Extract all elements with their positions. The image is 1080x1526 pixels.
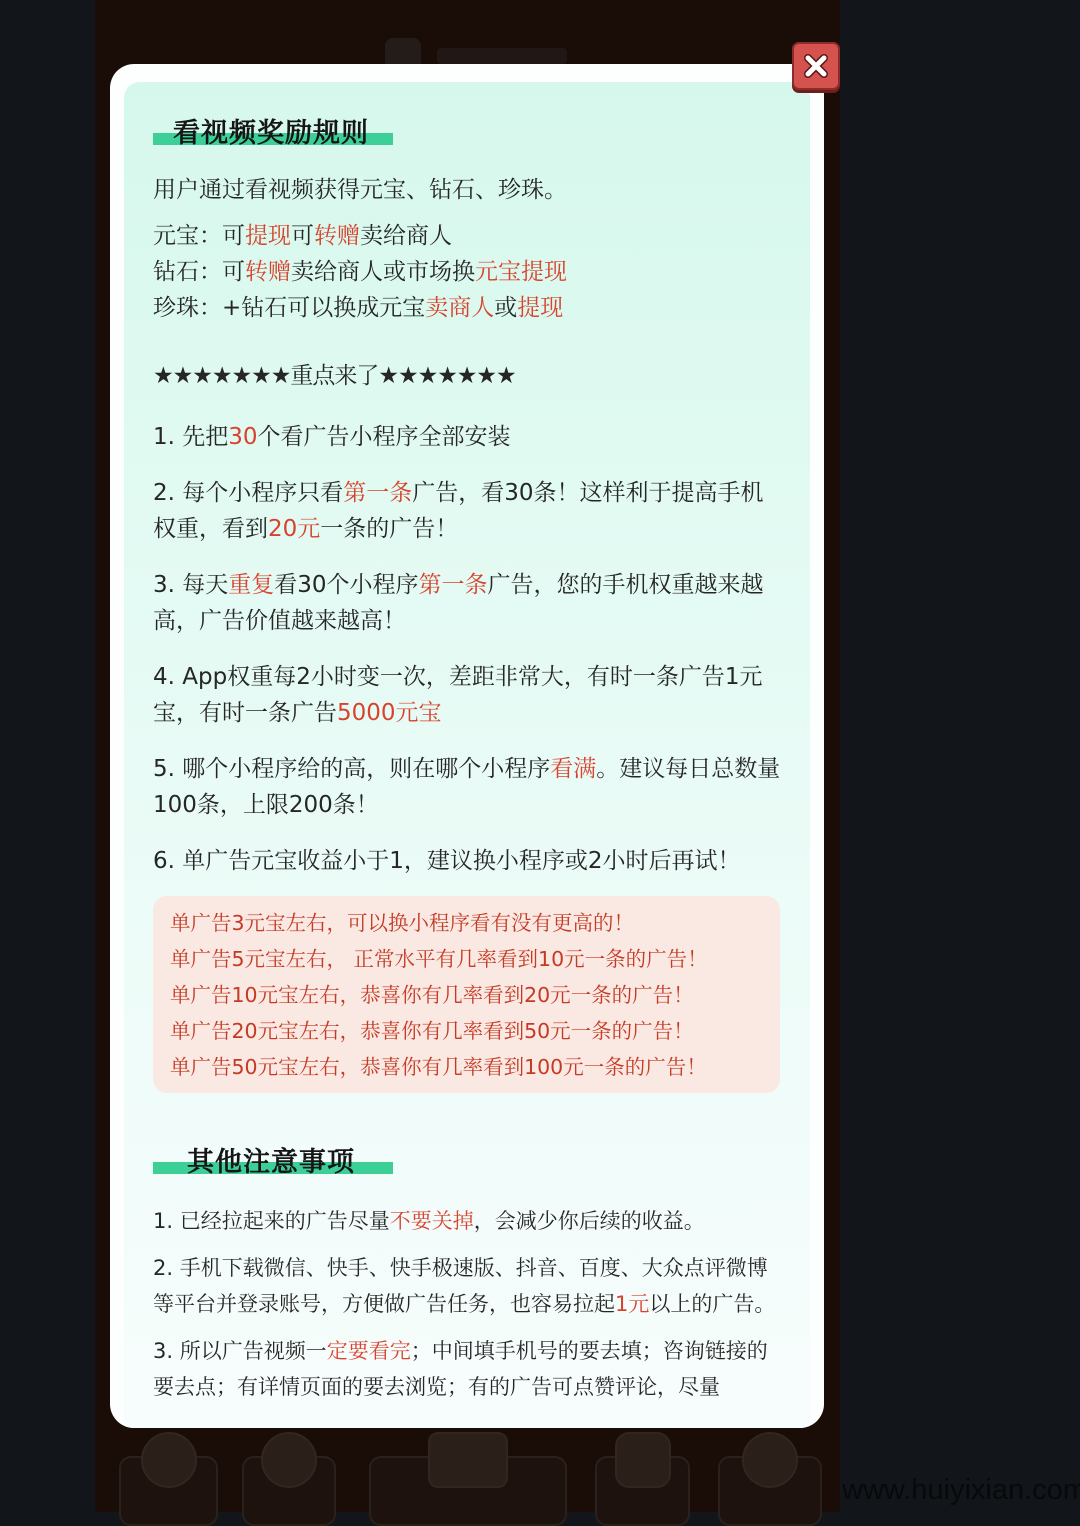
text-segment: 卖给商人或市场换 — [291, 259, 475, 285]
close-button[interactable] — [792, 42, 840, 90]
earnings-tips-box: 单广告3元宝左右，可以换小程序看有没有更高的！ 单广告5元宝左右， 正常水平有几… — [153, 896, 780, 1093]
note-item: 1. 已经拉起来的广告尽量不要关掉，会减少你后续的收益。 — [153, 1203, 781, 1239]
highlight-text: 看满 — [550, 756, 596, 782]
highlight-text: 提现 — [245, 223, 291, 249]
highlight-text: 第一条 — [343, 480, 412, 506]
nav-icon-2 — [261, 1432, 317, 1488]
nav-icon-4 — [615, 1432, 671, 1488]
nav-icon-3 — [428, 1432, 508, 1488]
currency-rules: 元宝：可提现可转赠卖给商人 钻石：可转赠卖给商人或市场换元宝提现 珍珠：+钻石可… — [153, 218, 781, 326]
currency-rule-yuanbao: 元宝：可提现可转赠卖给商人 — [153, 218, 781, 254]
text-segment: 2. 每个小程序只看 — [153, 480, 343, 506]
text-segment: 珍珠：+钻石可以换成元宝 — [153, 295, 425, 321]
currency-rule-diamond: 钻石：可转赠卖给商人或市场换元宝提现 — [153, 254, 781, 290]
text-segment: ，会减少你后续的收益。 — [474, 1209, 705, 1233]
text-segment: 一条的广告！ — [320, 516, 458, 542]
bottom-nav-item-2[interactable] — [242, 1456, 336, 1512]
step-item: 6. 单广告元宝收益小于1，建议换小程序或2小时后再试！ — [153, 843, 781, 879]
text-segment: 5. 哪个小程序给的高，则在哪个小程序 — [153, 756, 550, 782]
text-segment: 卖给商人 — [360, 223, 452, 249]
watermark: www.huiyixian.com — [842, 1474, 1080, 1507]
intro-text: 用户通过看视频获得元宝、钻石、珍珠。 — [153, 172, 781, 208]
section-title: 其他注意事项 — [187, 1140, 355, 1179]
section-title: 看视频奖励规则 — [173, 111, 369, 150]
highlight-text: 30 — [228, 424, 257, 450]
bottom-nav-item-1[interactable] — [119, 1456, 218, 1512]
highlight-text: 定要看完 — [327, 1339, 411, 1363]
text-segment: 3. 每天 — [153, 572, 228, 598]
highlight-text: 转赠 — [245, 259, 291, 285]
notes-content: 1. 已经拉起来的广告尽量不要关掉，会减少你后续的收益。 2. 手机下载微信、快… — [153, 1203, 781, 1405]
highlight-text: 元宝提现 — [475, 259, 567, 285]
highlight-text: 重复 — [228, 572, 274, 598]
highlight-text: 第一条 — [419, 572, 488, 598]
key-point-banner: ★★★★★★★重点来了★★★★★★★ — [153, 358, 781, 394]
app-title-placeholder — [437, 48, 567, 64]
step-item: 2. 每个小程序只看第一条广告，看30条！这样利于提高手机权重，看到20元一条的… — [153, 475, 781, 547]
currency-rule-pearl: 珍珠：+钻石可以换成元宝卖商人或提现 — [153, 290, 781, 326]
tip-line: 单广告50元宝左右，恭喜你有几率看到100元一条的广告！ — [170, 1049, 768, 1085]
highlight-text: 5000元宝 — [337, 700, 442, 726]
bottom-nav-item-4[interactable] — [595, 1456, 690, 1512]
close-icon — [801, 51, 831, 81]
step-item: 4. App权重每2小时变一次，差距非常大，有时一条广告1元宝，有时一条广告50… — [153, 659, 781, 731]
text-segment: 1. 先把 — [153, 424, 228, 450]
note-item: 3. 所以广告视频一定要看完；中间填手机号的要去填；咨询链接的要去点；有详情页面… — [153, 1333, 781, 1405]
text-segment: 看30个小程序 — [274, 572, 418, 598]
rules-modal: 看视频奖励规则 用户通过看视频获得元宝、钻石、珍珠。 元宝：可提现可转赠卖给商人… — [110, 64, 824, 1428]
text-segment: 3. 所以广告视频一 — [153, 1339, 327, 1363]
text-segment: 元宝：可 — [153, 223, 245, 249]
nav-icon-1 — [141, 1432, 197, 1488]
tip-line: 单广告10元宝左右，恭喜你有几率看到20元一条的广告！ — [170, 977, 768, 1013]
highlight-text: 转赠 — [314, 223, 360, 249]
highlight-text: 提现 — [517, 295, 563, 321]
nav-icon-5 — [742, 1432, 798, 1488]
text-segment: 1. 已经拉起来的广告尽量 — [153, 1209, 390, 1233]
text-segment: 可 — [291, 223, 314, 249]
text-segment: 个看广告小程序全部安装 — [258, 424, 511, 450]
step-item: 1. 先把30个看广告小程序全部安装 — [153, 419, 781, 455]
tip-line: 单广告20元宝左右，恭喜你有几率看到50元一条的广告！ — [170, 1013, 768, 1049]
bottom-nav-item-5[interactable] — [718, 1456, 822, 1512]
step-item: 3. 每天重复看30个小程序第一条广告，您的手机权重越来越高，广告价值越来越高！ — [153, 567, 781, 639]
text-segment: 或 — [494, 295, 517, 321]
text-segment: 6. 单广告元宝收益小于1，建议换小程序或2小时后再试！ — [153, 848, 741, 874]
text-segment: 4. App权重每2小时变一次，差距非常大，有时一条广告1元宝，有时一条广告 — [153, 664, 762, 726]
bottom-nav — [95, 1428, 840, 1512]
tip-line: 单广告3元宝左右，可以换小程序看有没有更高的！ — [170, 905, 768, 941]
step-item: 5. 哪个小程序给的高，则在哪个小程序看满。建议每日总数量100条，上限200条… — [153, 751, 781, 823]
bottom-nav-item-3[interactable] — [369, 1456, 567, 1512]
highlight-text: 不要关掉 — [390, 1209, 474, 1233]
rewards-content: 用户通过看视频获得元宝、钻石、珍珠。 元宝：可提现可转赠卖给商人 钻石：可转赠卖… — [153, 172, 781, 1093]
highlight-text: 20元 — [268, 516, 320, 542]
text-segment: 钻石：可 — [153, 259, 245, 285]
note-item: 2. 手机下载微信、快手、快手极速版、抖音、百度、大众点评微博等平台并登录账号，… — [153, 1250, 781, 1322]
highlight-text: 卖商人 — [425, 295, 494, 321]
text-segment: 以上的广告。 — [649, 1292, 775, 1316]
highlight-text: 1元 — [615, 1292, 649, 1316]
tip-line: 单广告5元宝左右， 正常水平有几率看到10元一条的广告！ — [170, 941, 768, 977]
